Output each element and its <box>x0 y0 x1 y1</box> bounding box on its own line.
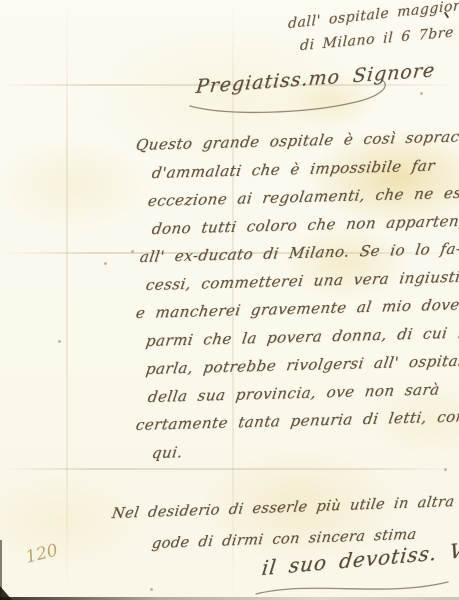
letter-line: eccezione ai regolamenti, che ne esclu- <box>147 183 459 210</box>
letter-line: e mancherei gravemente al mio dovere <box>135 295 459 322</box>
scan-corner-shadow <box>0 586 12 600</box>
closing-line-1: Nel desiderio di esserle più utile in al… <box>111 491 459 522</box>
fold-line-vertical <box>66 0 68 600</box>
foxing-speck <box>444 468 447 471</box>
letter-scan: dall' ospitale maggior di Milano il 6 7b… <box>0 0 459 600</box>
foxing-speck <box>150 588 153 591</box>
letter-line: d'ammalati che è impossibile far <box>151 157 437 182</box>
foxing-speck <box>104 262 107 265</box>
letter-line: parmi che la povera donna, di cui mi <box>145 323 459 350</box>
fold-line-horizontal <box>0 468 459 470</box>
foxing-speck <box>131 250 134 253</box>
signature-flourish <box>252 578 452 598</box>
letter-line: della sua provincia, ove non sarà <box>147 380 441 406</box>
letter-line: qui. <box>151 443 185 462</box>
letter-line: certamente tanta penuria di letti, come <box>135 407 459 434</box>
letter-line: Questo grande ospitale è così sopraccari… <box>135 126 459 154</box>
foxing-speck <box>420 92 423 95</box>
letter-line: cessi, commetterei una vera ingiustizia <box>145 267 459 294</box>
archival-number: 120 <box>24 540 60 567</box>
salutation-flourish <box>186 72 396 117</box>
letter-line: parla, potrebbe rivolgersi all' ospitale <box>145 351 459 378</box>
letter-line: all' ex-ducato di Milano. Se io lo fa- <box>139 240 459 266</box>
foxing-speck <box>58 340 61 343</box>
letter-line: dono tutti coloro che non appartengono <box>151 211 459 238</box>
